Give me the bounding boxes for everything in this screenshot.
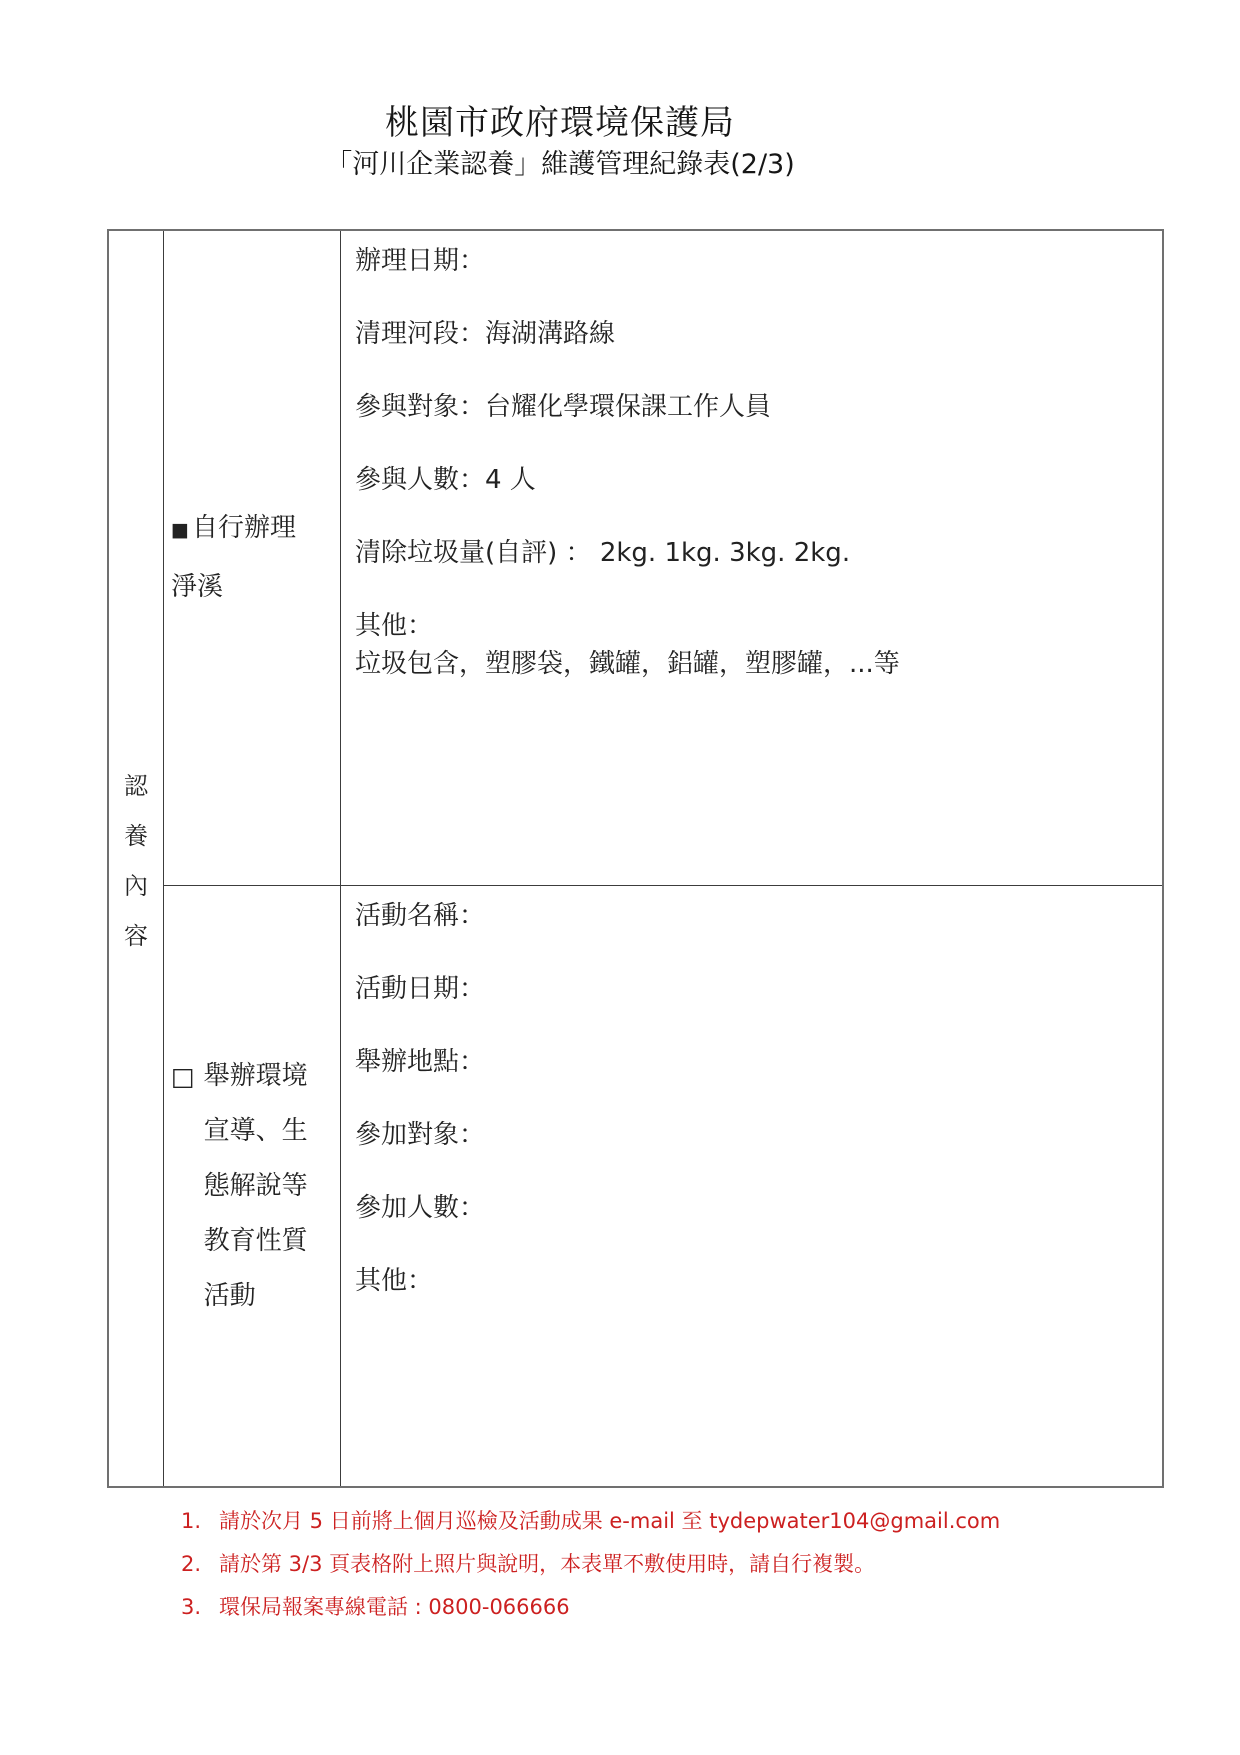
field-line: 舉辦地點：: [355, 1043, 1150, 1081]
field-line: 參與對象：台耀化學環保課工作人員: [355, 388, 1150, 426]
unchecked-checkbox-icon[interactable]: □: [171, 1049, 195, 1104]
document-page: 桃園市政府環境保護局 「河川企業認養」維護管理紀錄表(2/3) 認 養 內 容 …: [0, 0, 1240, 1755]
label-line: 宣導、生: [204, 1104, 308, 1159]
self-clean-fields: 辦理日期： 清理河段：海湖溝路線 參與對象：台耀化學環保課工作人員 參與人數：4…: [341, 231, 1162, 886]
note-text: 環保局報案專線電話 : 0800-066666: [219, 1592, 570, 1623]
label-line: 活動: [204, 1269, 308, 1324]
label-line: 教育性質: [204, 1214, 308, 1269]
form-subtitle: 「河川企業認養」維護管理紀錄表(2/3): [5, 146, 1115, 184]
form-title: 桃園市政府環境保護局: [5, 100, 1115, 146]
field-line: 參加人數：: [355, 1189, 1150, 1227]
self-clean-section-label: ■自行辦理 淨溪: [164, 231, 341, 886]
row-header-char: 認: [124, 766, 148, 801]
document-header: 桃園市政府環境保護局 「河川企業認養」維護管理紀錄表(2/3): [5, 100, 1115, 184]
note-text: 請於第 3/3 頁表格附上照片與說明，本表單不敷使用時，請自行複製。: [219, 1549, 875, 1580]
label-line: 態解說等: [204, 1159, 308, 1214]
label-text-block: 舉辦環境 宣導、生 態解說等 教育性質 活動: [204, 1049, 308, 1324]
note-number: 3.: [181, 1592, 219, 1623]
note-item: 2. 請於第 3/3 頁表格附上照片與說明，本表單不敷使用時，請自行複製。: [181, 1549, 1000, 1580]
field-line: 辦理日期：: [355, 242, 1150, 280]
adoption-content-row-header: 認 養 內 容: [109, 231, 164, 1486]
event-fields: 活動名稱： 活動日期： 舉辦地點： 參加對象： 參加人數： 其他：: [341, 886, 1162, 1486]
field-line: 清理河段：海湖溝路線: [355, 315, 1150, 353]
label-line: 淨溪: [171, 559, 340, 616]
label-text: 自行辦理: [192, 513, 296, 543]
field-line: 垃圾包含，塑膠袋，鐵罐，鋁罐，塑膠罐，...等: [355, 645, 1150, 683]
row-header-char: 容: [124, 916, 148, 951]
field-line: 參加對象：: [355, 1116, 1150, 1154]
event-section-label: □ 舉辦環境 宣導、生 態解說等 教育性質 活動: [164, 886, 341, 1486]
field-line: 活動日期：: [355, 970, 1150, 1008]
label-line: ■自行辦理: [171, 500, 340, 559]
note-item: 3. 環保局報案專線電話 : 0800-066666: [181, 1592, 1000, 1623]
note-item: 1. 請於次月 5 日前將上個月巡檢及活動成果 e-mail 至 tydepwa…: [181, 1506, 1000, 1537]
note-number: 1.: [181, 1506, 219, 1537]
footer-notes: 1. 請於次月 5 日前將上個月巡檢及活動成果 e-mail 至 tydepwa…: [181, 1506, 1000, 1635]
record-table: 認 養 內 容 ■自行辦理 淨溪 辦理日期： 清理河段：海湖溝路線 參與對象：台…: [107, 229, 1164, 1488]
note-number: 2.: [181, 1549, 219, 1580]
field-line: 參與人數：4 人: [355, 461, 1150, 499]
row-header-char: 內: [124, 866, 148, 901]
field-line: 其他：: [355, 607, 1150, 645]
checked-checkbox-icon[interactable]: ■: [171, 519, 189, 541]
row-header-char: 養: [124, 816, 148, 851]
field-line: 活動名稱：: [355, 897, 1150, 935]
field-line: 清除垃圾量(自評) ： 2kg. 1kg. 3kg. 2kg.: [355, 534, 1150, 572]
label-line: 舉辦環境: [204, 1049, 308, 1104]
field-line: 其他：: [355, 1262, 1150, 1300]
note-text: 請於次月 5 日前將上個月巡檢及活動成果 e-mail 至 tydepwater…: [219, 1506, 1000, 1537]
